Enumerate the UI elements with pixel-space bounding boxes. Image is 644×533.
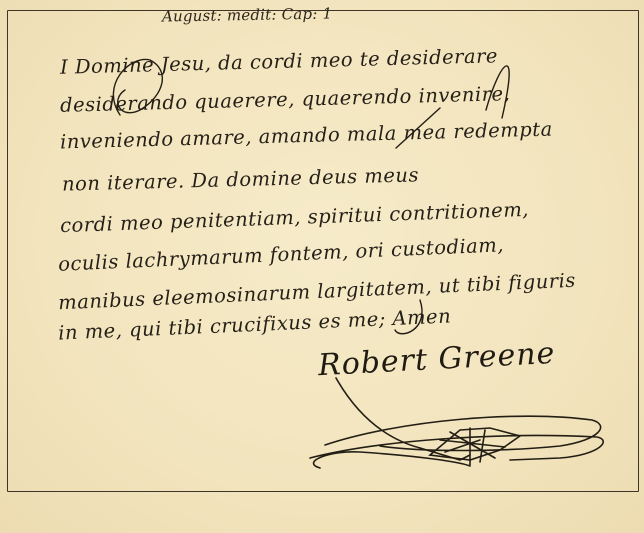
signature-flourish bbox=[0, 0, 644, 533]
manuscript-page: August: medit: Cap: 1 I Domine Jesu, da … bbox=[0, 0, 644, 533]
